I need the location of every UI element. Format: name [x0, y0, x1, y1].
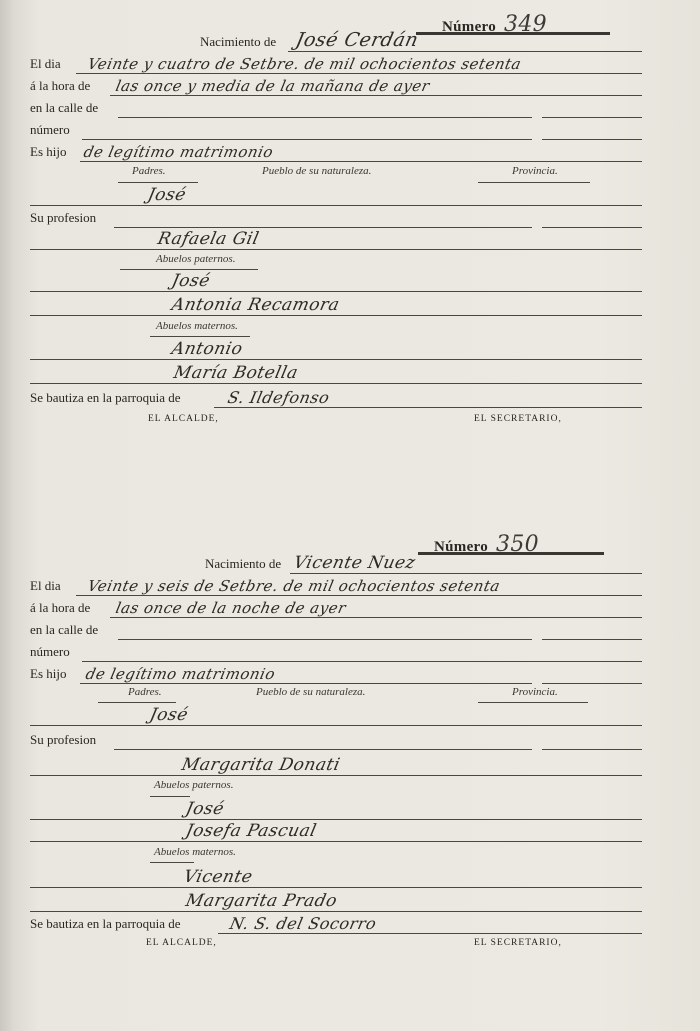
rule: [30, 205, 642, 206]
provincia-caption: Provincia.: [512, 686, 558, 698]
rule: [30, 841, 642, 842]
rule: [542, 683, 642, 684]
rule: [30, 291, 642, 292]
hora-label: á la hora de: [30, 600, 90, 616]
alcalde-signature-label: EL ALCALDE,: [146, 938, 217, 948]
caption-line: [150, 336, 250, 337]
numero-casa-label: número: [30, 644, 70, 660]
rule: [110, 95, 642, 96]
abuela-paterna-row: Josefa Pascual: [30, 822, 642, 842]
paternal-grandfather: José: [184, 799, 226, 819]
rule: [80, 161, 642, 162]
abuela-materna-row: María Botella: [30, 364, 642, 384]
rule: [30, 725, 642, 726]
profesion-row: Su profesion: [30, 208, 642, 228]
bautiza-row: Se bautiza en la parroquia de N. S. del …: [30, 914, 642, 934]
rule: [542, 639, 642, 640]
hora-value: las once y media de la mañana de ayer: [114, 77, 431, 95]
rule: [218, 933, 642, 934]
rule: [30, 249, 642, 250]
maternal-grandfather: Antonio: [170, 339, 245, 359]
rule: [82, 139, 532, 140]
maternal-grandmother: Margarita Prado: [184, 891, 339, 911]
calle-row: en la calle de: [30, 620, 642, 640]
rule: [542, 117, 642, 118]
abuelos-maternos-caption: Abuelos maternos.: [154, 846, 236, 858]
caption-line: [118, 182, 198, 183]
secretario-signature-label: EL SECRETARIO,: [474, 414, 562, 424]
rule: [118, 639, 532, 640]
calle-label: en la calle de: [30, 100, 98, 116]
child-name: José Cerdán: [294, 29, 421, 51]
padres-caption: Padres.: [128, 686, 162, 698]
hora-row: á la hora de las once y media de la maña…: [30, 76, 642, 96]
dia-row: El dia Veinte y seis de Setbre. de mil o…: [30, 576, 642, 596]
rule: [114, 749, 532, 750]
alcalde-signature-label: EL ALCALDE,: [148, 414, 219, 424]
paternal-grandmother: Josefa Pascual: [184, 821, 319, 841]
abuelo-materno-row: Antonio: [30, 340, 642, 360]
hijo-label: Es hijo: [30, 144, 66, 160]
mother-name: Margarita Donati: [180, 755, 342, 775]
father-name: José: [148, 705, 190, 725]
caption-line: [98, 702, 176, 703]
rule: [30, 775, 642, 776]
rule: [82, 661, 642, 662]
rule: [214, 407, 642, 408]
madre-row: Margarita Donati: [30, 756, 642, 776]
dia-label: El dia: [30, 578, 61, 594]
nacimiento-row: Nacimiento de José Cerdán: [30, 32, 642, 52]
abuelo-paterno-row: José: [30, 800, 642, 820]
numero-casa-row: número: [30, 120, 642, 140]
abuelos-paternos-caption: Abuelos paternos.: [156, 253, 235, 265]
father-name: José: [146, 185, 188, 205]
caption-line: [478, 182, 590, 183]
bautiza-label: Se bautiza en la parroquia de: [30, 390, 181, 406]
parish-name: N. S. del Socorro: [228, 914, 378, 933]
paternal-grandfather: José: [170, 271, 212, 291]
profesion-label: Su profesion: [30, 732, 96, 748]
rule: [30, 911, 642, 912]
nacimiento-label: Nacimiento de: [205, 556, 281, 572]
hijo-label: Es hijo: [30, 666, 66, 682]
pueblo-caption: Pueblo de su naturaleza.: [262, 165, 371, 177]
rule: [30, 383, 642, 384]
abuela-materna-row: Margarita Prado: [30, 892, 642, 912]
nacimiento-label: Nacimiento de: [200, 34, 276, 50]
rule: [30, 359, 642, 360]
rule: [542, 749, 642, 750]
abuelos-paternos-caption: Abuelos paternos.: [154, 779, 233, 791]
register-page: Número349 Nacimiento de José Cerdán El d…: [0, 0, 700, 1031]
rule: [30, 819, 642, 820]
rule: [110, 617, 642, 618]
caption-line: [478, 702, 588, 703]
dia-value: Veinte y seis de Setbre. de mil ochocien…: [86, 577, 502, 595]
madre-row: Rafaela Gil: [30, 230, 642, 250]
rule: [80, 683, 532, 684]
hijo-row: Es hijo de legítimo matrimonio: [30, 142, 642, 162]
bautiza-row: Se bautiza en la parroquia de S. Ildefon…: [30, 388, 642, 408]
rule: [76, 595, 642, 596]
profesion-label: Su profesion: [30, 210, 96, 226]
rule: [114, 227, 532, 228]
provincia-caption: Provincia.: [512, 165, 558, 177]
dia-value: Veinte y cuatro de Setbre. de mil ochoci…: [86, 55, 523, 73]
calle-label: en la calle de: [30, 622, 98, 638]
profesion-row: Su profesion: [30, 730, 642, 750]
abuelo-paterno-row: José: [30, 272, 642, 292]
hijo-value: de legítimo matrimonio: [82, 143, 275, 161]
rule: [30, 887, 642, 888]
padres-caption: Padres.: [132, 165, 166, 177]
numero-casa-label: número: [30, 122, 70, 138]
nacimiento-row: Nacimiento de Vicente Nuez: [30, 554, 642, 574]
hora-value: las once de la noche de ayer: [114, 599, 348, 617]
abuelos-maternos-caption: Abuelos maternos.: [156, 320, 238, 332]
rule: [30, 315, 642, 316]
calle-row: en la calle de: [30, 98, 642, 118]
caption-line: [120, 269, 258, 270]
paternal-grandmother: Antonia Recamora: [170, 295, 342, 315]
child-name: Vicente Nuez: [292, 553, 417, 573]
secretario-signature-label: EL SECRETARIO,: [474, 938, 562, 948]
rule: [76, 73, 642, 74]
caption-line: [150, 796, 190, 797]
padre-row: José: [30, 706, 642, 726]
hijo-value: de legítimo matrimonio: [84, 665, 277, 683]
mother-name: Rafaela Gil: [156, 229, 261, 249]
hijo-row: Es hijo de legítimo matrimonio: [30, 664, 642, 684]
caption-line: [150, 862, 194, 863]
rule: [290, 573, 642, 574]
pueblo-caption: Pueblo de su naturaleza.: [256, 686, 365, 698]
bautiza-label: Se bautiza en la parroquia de: [30, 916, 181, 932]
abuela-paterna-row: Antonia Recamora: [30, 296, 642, 316]
maternal-grandfather: Vicente: [182, 867, 255, 887]
parish-name: S. Ildefonso: [226, 388, 331, 407]
numero-casa-row: número: [30, 642, 642, 662]
rule: [542, 139, 642, 140]
dia-label: El dia: [30, 56, 61, 72]
dia-row: El dia Veinte y cuatro de Setbre. de mil…: [30, 54, 642, 74]
hora-row: á la hora de las once de la noche de aye…: [30, 598, 642, 618]
maternal-grandmother: María Botella: [172, 363, 300, 383]
padre-row: José: [30, 186, 642, 206]
rule: [542, 227, 642, 228]
rule: [288, 51, 642, 52]
abuelo-materno-row: Vicente: [30, 868, 642, 888]
hora-label: á la hora de: [30, 78, 90, 94]
rule: [118, 117, 532, 118]
